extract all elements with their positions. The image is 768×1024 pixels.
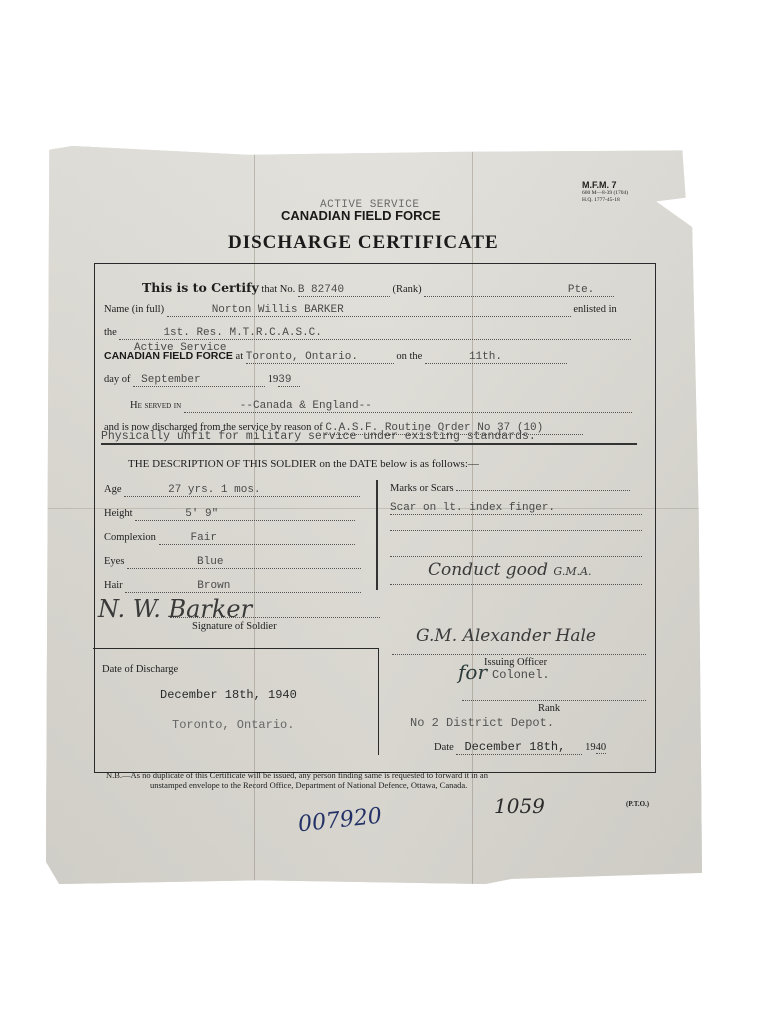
officer-signature-line (392, 654, 646, 655)
enlisted-label: enlisted in (573, 304, 616, 315)
form-code-line2: 600 M—8-39 (1704) (582, 190, 628, 197)
height-label: Height (104, 508, 133, 519)
officer-date-row: Date December 18th, 1940 (434, 740, 606, 755)
discharge-place: Toronto, Ontario. (172, 718, 294, 732)
age-label: Age (104, 484, 122, 495)
force-heading: CANADIAN FIELD FORCE (281, 208, 441, 223)
hair-row: Hair Brown (104, 580, 361, 593)
age-row: Age 27 yrs. 1 mos. (104, 484, 360, 497)
served-value: --Canada & England-- (184, 400, 632, 413)
conduct-initials: G.M.A. (553, 565, 591, 578)
description-heading: THE DESCRIPTION OF THIS SOLDIER on the D… (128, 458, 479, 470)
force-label: CANADIAN FIELD FORCE (104, 350, 233, 362)
officer-rank: Colonel. (492, 668, 550, 682)
document-title: DISCHARGE CERTIFICATE (228, 232, 499, 254)
footer-note: N.B.—As no duplicate of this Certificate… (106, 770, 646, 790)
footer-note-line2: unstamped envelope to the Record Office,… (106, 780, 646, 790)
complexion-row: Complexion Fair (104, 532, 355, 545)
served-row: He served in --Canada & England-- (130, 400, 632, 413)
discharge-date: December 18th, 1940 (160, 688, 297, 702)
name-label: Name (in full) (104, 304, 164, 315)
height-row: Height 5' 9" (104, 508, 355, 521)
marks-label: Marks or Scars (390, 483, 454, 494)
eyes-label: Eyes (104, 556, 124, 567)
hair-value: Brown (125, 580, 361, 593)
served-label: He served in (130, 400, 181, 411)
signature-line (170, 617, 380, 618)
eyes-row: Eyes Blue (104, 556, 361, 569)
marks-row: Marks or Scars (390, 480, 630, 494)
age-value: 27 yrs. 1 mos. (124, 484, 360, 497)
complexion-value: Fair (159, 532, 355, 545)
divider (101, 444, 637, 445)
form-code: M.F.M. 7 600 M—8-39 (1704) H.Q. 1777-45-… (582, 180, 628, 204)
footer-note-line1: N.B.—As no duplicate of this Certificate… (106, 770, 646, 780)
the-label: the (104, 327, 117, 338)
eyes-value: Blue (127, 556, 361, 569)
marks-blank-line (390, 584, 642, 585)
at-label: at (236, 351, 244, 362)
on-the-label: on the (396, 351, 422, 362)
pto-label: (P.T.O.) (626, 800, 649, 808)
marks-line (456, 480, 630, 491)
year-prefix: 19 (268, 374, 279, 385)
form-code-line3: H.Q. 1777-45-18 (582, 197, 628, 204)
officer-date: December 18th, (456, 740, 582, 755)
full-name: Norton Willis BARKER (167, 304, 571, 317)
name-row: Name (in full) Norton Willis BARKER enli… (104, 304, 617, 317)
rank-line (462, 700, 646, 701)
conduct-text: Conduct good (428, 560, 548, 580)
height-value: 5' 9" (135, 508, 355, 521)
enlistment-place: Toronto, Ontario. (246, 351, 394, 364)
enlistment-year: 39 (278, 374, 300, 387)
conduct-note: Conduct good G.M.A. (428, 560, 592, 580)
rank-value: Pte. (424, 284, 614, 297)
marks-blank-line (390, 530, 642, 531)
hair-label: Hair (104, 580, 123, 591)
officer-signature: G.M. Alexander Hale (416, 626, 596, 646)
marks-blank-line (390, 556, 642, 557)
rank-label: Rank (538, 703, 560, 714)
month-row: day of September 1939 (104, 374, 300, 387)
officer-unit: No 2 District Depot. (410, 716, 554, 730)
complexion-label: Complexion (104, 532, 156, 543)
marks-value: Scar on lt. index finger. (390, 502, 642, 515)
for-mark: for (458, 660, 487, 684)
discharge-label: Date of Discharge (102, 664, 178, 675)
number-label: that No. (261, 284, 295, 295)
enlistment-month: September (133, 374, 265, 387)
day-of-label: day of (104, 374, 131, 385)
issuing-officer-label: Issuing Officer (484, 657, 547, 668)
unit-row: the 1st. Res. M.T.R.C.A.S.C. (104, 327, 631, 340)
column-divider (376, 480, 378, 590)
handwritten-number: 1059 (494, 794, 545, 818)
form-code-main: M.F.M. 7 (582, 180, 628, 190)
officer-year-prefix: 19 (585, 742, 596, 753)
date-label: Date (434, 742, 454, 753)
rank-label: (Rank) (392, 284, 421, 295)
soldier-signature: N. W. Barker (98, 595, 252, 623)
signature-label: Signature of Soldier (192, 621, 277, 632)
certify-row: This is to Certify that No. B 82740 (Ran… (142, 280, 614, 297)
enlistment-row: CANADIAN FIELD FORCE at Toronto, Ontario… (104, 350, 567, 364)
reason-line2: Physically unfit for military service un… (101, 430, 637, 444)
service-number: B 82740 (298, 284, 390, 297)
unit-value: 1st. Res. M.T.R.C.A.S.C. (119, 327, 631, 340)
officer-year: 40 (596, 742, 607, 754)
enlistment-day: 11th. (425, 351, 567, 364)
certify-lead: This is to Certify (142, 280, 259, 295)
